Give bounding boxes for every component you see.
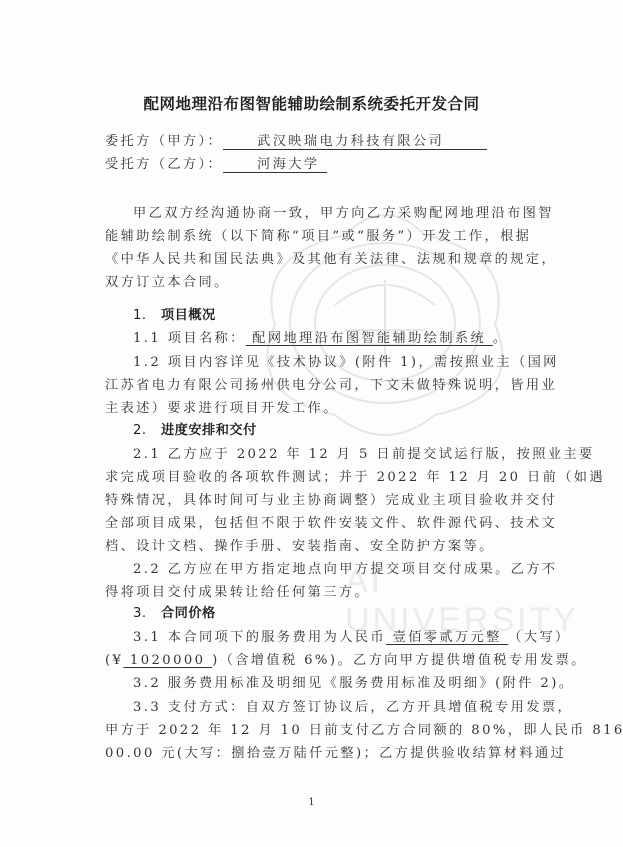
clause-text: 。: [493, 331, 509, 346]
clause-text: (¥: [105, 653, 123, 668]
clause-3-3-line: 3.3 支付方式：自双方签订协议后，乙方开具增值税专用发票，: [133, 700, 573, 716]
preamble-line: 《中华人民共和国民法典》及其他有关法律、法规和规章的规定，: [105, 252, 557, 268]
clause-2-2-line: 2.2 乙方应在甲方指定地点向甲方提交项目交付成果。乙方不: [133, 562, 557, 578]
preamble-line: 双方订立本合同。: [105, 275, 230, 291]
client-label: 委托方（甲方）：: [105, 134, 223, 149]
amount-in-numbers: 1020000: [123, 653, 212, 668]
contractor-name: 河海大学: [223, 157, 327, 173]
clause-2-1-line: 档、设计文档、操作手册、安装指南、安全防护方案等。: [105, 539, 495, 555]
client-name: 武汉映瑞电力科技有限公司: [223, 134, 487, 150]
project-name-value: 配网地理沿布图智能辅助绘制系统: [246, 331, 493, 346]
section-number: 3.: [133, 606, 161, 622]
clause-3-2: 3.2 服务费用标准及明细见《服务费用标准及明细》(附件 2)。: [133, 676, 574, 692]
preamble-line: 甲乙双方经沟通协商一致，甲方向乙方采购配网地理沿布图智: [133, 206, 554, 222]
section-title: 合同价格: [161, 606, 216, 621]
clause-2-1-line: 求完成项目验收的各项软件测试；并于 2022 年 12 月 20 日前（如遇: [105, 470, 605, 486]
section-heading-3: 3.合同价格: [133, 606, 216, 622]
contractor-label: 受托方（乙方）：: [105, 157, 223, 172]
section-title: 进度安排和交付: [161, 423, 257, 438]
clause-1-1: 1.1 项目名称： 配网地理沿布图智能辅助绘制系统 。: [133, 331, 508, 347]
clause-2-1-line: 2.1 乙方应于 2022 年 12 月 5 日前提交试运行版，按照业主要: [133, 447, 595, 463]
section-heading-1: 1.项目概况: [133, 308, 216, 324]
amount-in-words: 壹佰零贰万元整: [386, 630, 508, 645]
section-title: 项目概况: [161, 308, 216, 323]
clause-text: （大写）: [508, 630, 570, 645]
document-title: 配网地理沿布图智能辅助绘制系统委托开发合同: [0, 92, 623, 114]
section-number: 1.: [133, 308, 161, 324]
clause-2-2-line: 得将项目交付成果转让给任何第三方。: [105, 585, 370, 601]
preamble-line: 能辅助绘制系统（以下简称“项目”或“服务”）开发工作，根据: [105, 229, 531, 245]
section-heading-2: 2.进度安排和交付: [133, 423, 257, 439]
clause-3-1-amount: (¥ 1020000 )（含增值税 6%)。乙方向甲方提供增值税专用发票。: [105, 653, 587, 669]
clause-3-1: 3.1 本合同项下的服务费用为人民币 壹佰零贰万元整 （大写）: [133, 630, 571, 646]
clause-2-1-line: 全部项目成果，包括但不限于软件安装文件、软件源代码、技术文: [105, 516, 557, 532]
section-number: 2.: [133, 423, 161, 439]
contractor-party-line: 受托方（乙方）：河海大学: [105, 157, 327, 173]
document-page: AI UNIVERSITY 配网地理沿布图智能辅助绘制系统委托开发合同 委托方（…: [0, 0, 623, 847]
clause-text: 3.1 本合同项下的服务费用为人民币: [133, 630, 386, 645]
clause-2-1-line: 特殊情况，具体时间可与业主协商调整）完成业主项目验收并交付: [105, 493, 557, 509]
clause-text: 1.1 项目名称：: [133, 331, 246, 346]
clause-1-2-line: 1.2 项目内容详见《技术协议》(附件 1)，需按照业主（国网: [133, 355, 559, 371]
clause-text: )（含增值税 6%)。乙方向甲方提供增值税专用发票。: [212, 653, 587, 668]
clause-3-3-line: 00.00 元(大写：捌拾壹万陆仟元整)；乙方提供验收结算材料通过: [105, 746, 566, 762]
clause-1-2-line: 江苏省电力有限公司扬州供电分公司，下文未做特殊说明，皆用业: [105, 378, 557, 394]
clause-3-3-line: 甲方于 2022 年 12 月 10 日前支付乙方合同额的 80%，即人民币 8…: [105, 723, 623, 739]
clause-1-2-line: 主表述）要求进行项目开发工作。: [105, 401, 339, 417]
page-number: 1: [0, 797, 623, 808]
client-party-line: 委托方（甲方）：武汉映瑞电力科技有限公司: [105, 134, 487, 150]
